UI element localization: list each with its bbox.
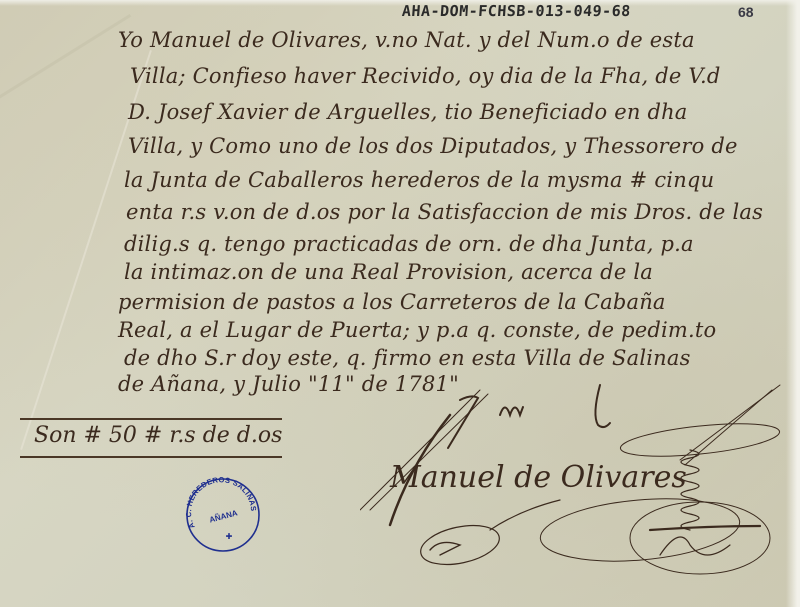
signature-name: Manuel de Olivares [390, 460, 687, 495]
stamp-cross-icon: ✚ [226, 532, 233, 541]
paper-fold-crease [0, 14, 131, 123]
svg-text:A. C. HEREDEROS SALINAS: A. C. HEREDEROS SALINAS [184, 475, 258, 530]
body-line-8: la intimaz.on de una Real Provision, ace… [124, 260, 653, 284]
archive-stamp: A. C. HEREDEROS SALINAS AÑANA ✚ [183, 475, 263, 555]
body-line-6: enta r.s v.on de d.os por la Satisfaccio… [126, 200, 763, 224]
body-line-2: Villa; Confieso haver Recivido, oy dia d… [130, 64, 721, 88]
body-line-5: la Junta de Caballeros herederos de la m… [124, 168, 714, 192]
manuscript-page: AHA-DOM-FCHSB-013-049-68 68 Yo Manuel de… [0, 0, 800, 607]
paper-edge-top [0, 0, 800, 6]
body-line-3: D. Josef Xavier de Arguelles, tio Benefi… [128, 100, 688, 124]
body-line-11: de dho S.r doy este, q. firmo en esta Vi… [124, 346, 691, 370]
stamp-outer-text: A. C. HEREDEROS SALINAS [184, 475, 258, 530]
body-line-4: Villa, y Como uno de los dos Diputados, … [128, 134, 738, 158]
body-line-10: Real, a el Lugar de Puerta; y p.a q. con… [118, 318, 716, 342]
body-line-7: dilig.s q. tengo practicadas de orn. de … [124, 232, 694, 256]
archive-reference: AHA-DOM-FCHSB-013-049-68 [401, 2, 631, 20]
stamp-center-text: AÑANA [208, 508, 238, 524]
body-line-1: Yo Manuel de Olivares, v.no Nat. y del N… [118, 28, 695, 52]
amount-note: Son # 50 # r.s de d.os [34, 423, 282, 448]
folio-number: 68 [738, 4, 754, 20]
body-line-9: permision de pastos a los Carreteros de … [118, 290, 666, 314]
